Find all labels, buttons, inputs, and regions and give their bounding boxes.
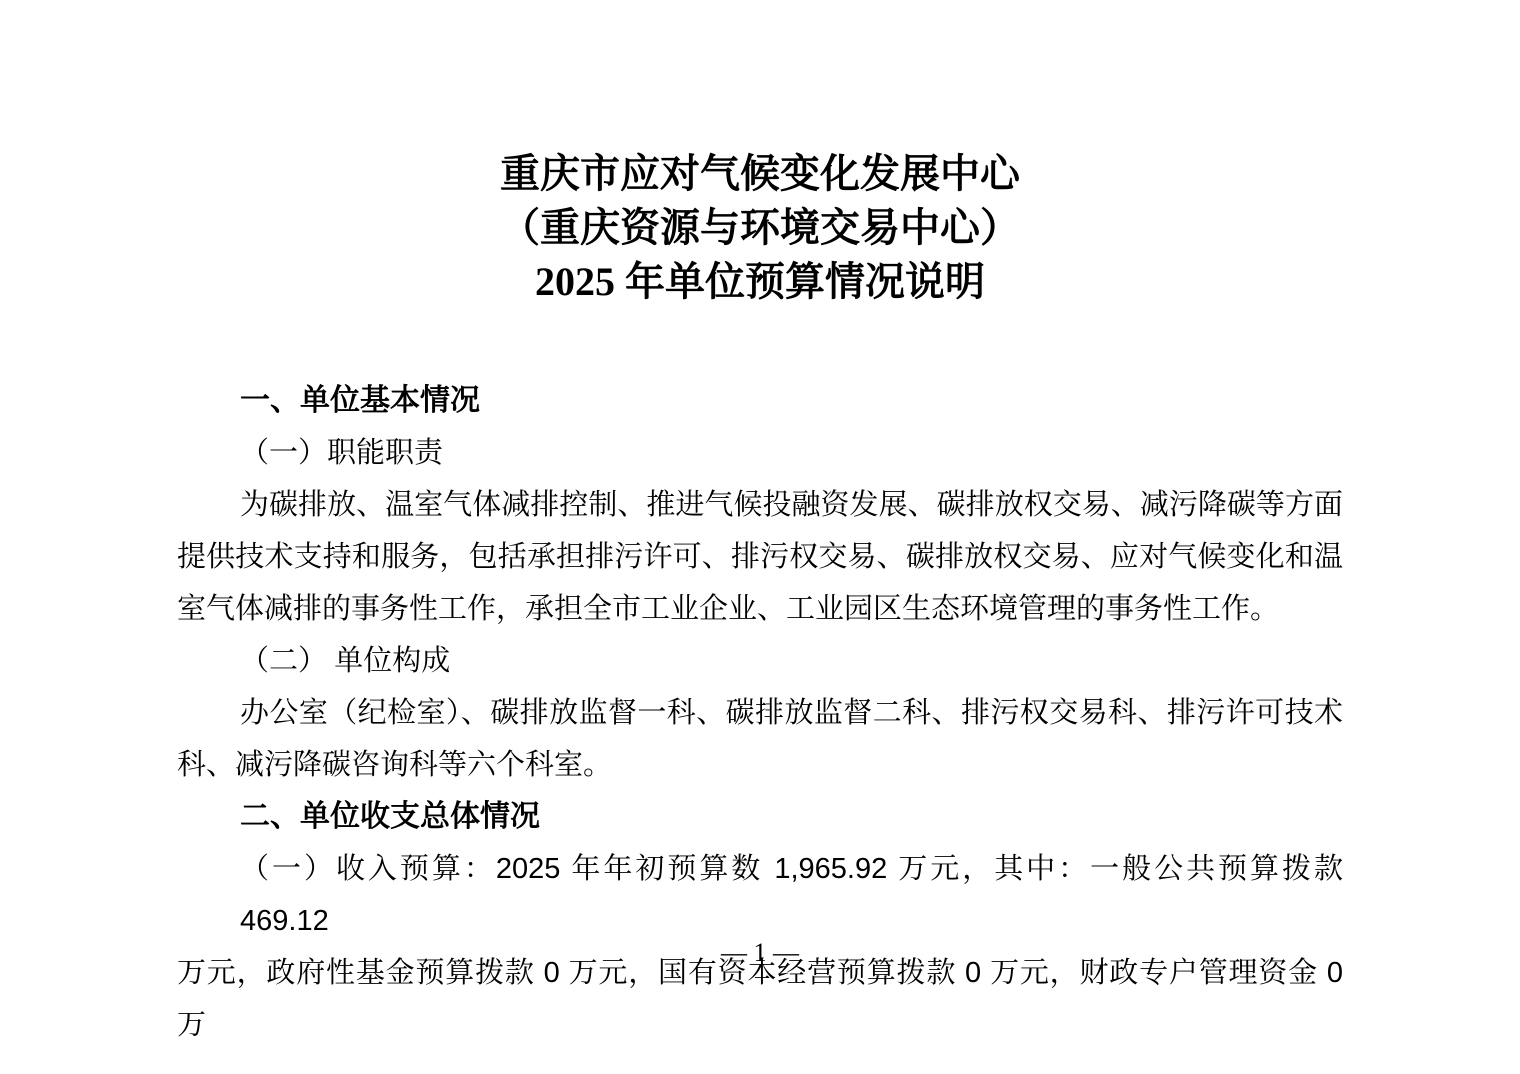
latin-text: 2025 (496, 853, 572, 885)
page-number: — 1 — (721, 938, 799, 967)
section-heading: 一、单位基本情况 (177, 375, 1343, 427)
text-line: （一）收入预算：2025 年年初预算数 1,965.92 万元，其中：一般公共预… (177, 843, 1343, 947)
document-title: 重庆市应对气候变化发展中心 （重庆资源与环境交易中心） 2025 年单位预算情况… (177, 147, 1343, 309)
sub-heading: （一）职能职责 (177, 427, 1343, 479)
title-line-3: 2025 年单位预算情况说明 (177, 255, 1343, 309)
document-page: 重庆市应对气候变化发展中心 （重庆资源与环境交易中心） 2025 年单位预算情况… (0, 0, 1520, 1074)
latin-text: 469.12 (240, 905, 329, 937)
text-line: 室气体减排的事务性工作，承担全市工业企业、工业园区生态环境管理的事务性工作。 (177, 583, 1343, 635)
sub-heading: （二） 单位构成 (177, 635, 1343, 687)
title-line-2: （重庆资源与环境交易中心） (177, 201, 1343, 255)
latin-text: 1,965.92 (763, 853, 898, 885)
text-line: 办公室（纪检室）、碳排放监督一科、碳排放监督二科、排污权交易科、排污许可技术 (177, 687, 1343, 739)
text-line: 为碳排放、温室气体减排控制、推进气候投融资发展、碳排放权交易、减污降碳等方面 (177, 479, 1343, 531)
section-heading: 二、单位收支总体情况 (177, 791, 1343, 843)
text-line: 提供技术支持和服务，包括承担排污许可、排污权交易、碳排放权交易、应对气候变化和温 (177, 531, 1343, 583)
title-line-1: 重庆市应对气候变化发展中心 (177, 147, 1343, 201)
text-line: 科、减污降碳咨询科等六个科室。 (177, 739, 1343, 791)
page-footer: — 1 — (0, 938, 1520, 968)
